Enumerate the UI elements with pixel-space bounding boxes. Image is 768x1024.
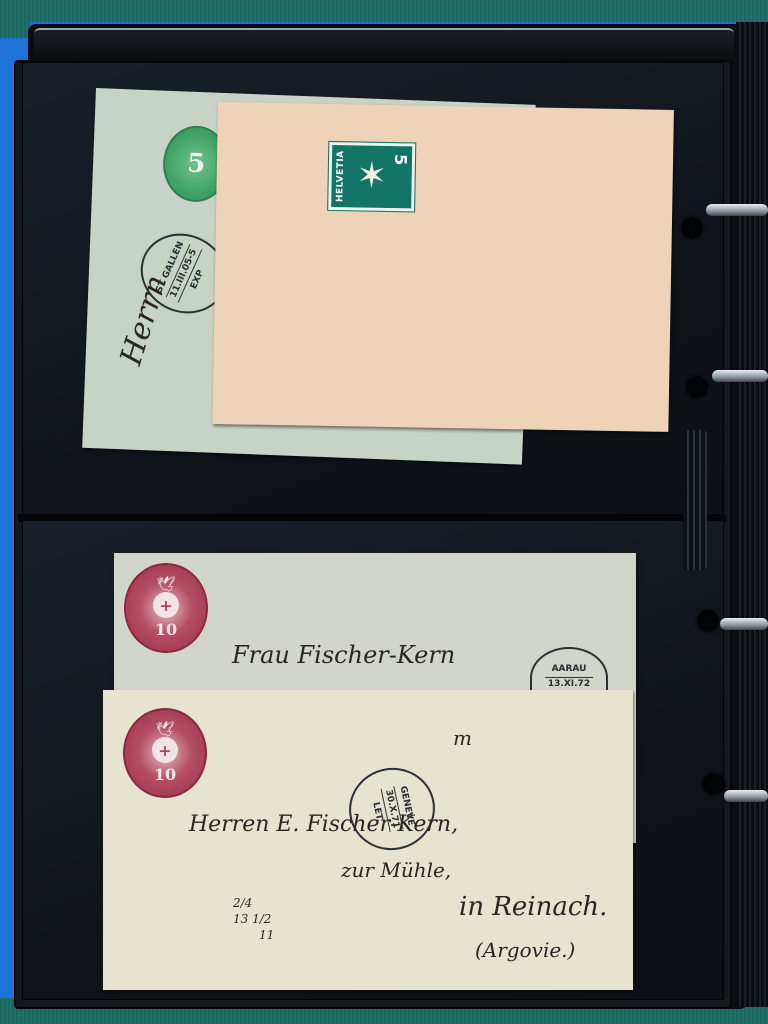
- handwritten-herrn: Herrn: [114, 271, 175, 369]
- address-line-2: zur Mühle,: [341, 858, 451, 882]
- carmine-10-stamp: 🕊 + 10: [123, 708, 207, 798]
- page-stack: [736, 22, 768, 1007]
- dove-icon: 🕊: [155, 722, 174, 737]
- note: 13 1/2: [233, 912, 271, 926]
- note: 2/4: [233, 896, 252, 910]
- punch-hole: [686, 376, 708, 398]
- binder-ring: [706, 204, 768, 216]
- binder-top-lip: [34, 28, 734, 62]
- swiss-cross-icon: +: [152, 737, 178, 763]
- note: m: [453, 726, 472, 750]
- binder-ring: [724, 790, 768, 802]
- address-line-1: Herren E. Fischer-Kern,: [189, 812, 458, 837]
- punch-hole: [703, 773, 725, 795]
- edelweiss-icon: ✶: [356, 158, 387, 195]
- address-line-4: (Argovie.): [475, 938, 575, 962]
- punch-hole: [697, 610, 719, 632]
- carmine-10-stamp: 🕊 + 10: [124, 563, 208, 653]
- dove-icon: 🕊: [156, 577, 175, 592]
- punch-hole: [681, 217, 703, 239]
- address-line-3: in Reinach.: [459, 892, 607, 922]
- binder-ring: [720, 618, 768, 630]
- orange-postal-card: HELVETIA ✶ 5: [212, 102, 674, 432]
- binder-ring: [712, 370, 768, 382]
- helvetia-edelweiss-stamp: HELVETIA ✶ 5: [328, 142, 415, 211]
- address-line: Frau Fischer-Kern: [232, 641, 455, 669]
- binder-post: [683, 430, 707, 570]
- swiss-cross-icon: +: [153, 592, 179, 618]
- note: 11: [259, 928, 274, 942]
- envelope-geneve: 🕊 + 10 GENEVE 30.X.71 LET. m Herren E. F…: [103, 690, 633, 990]
- geneve-postmark: GENEVE 30.X.71 LET.: [341, 760, 442, 858]
